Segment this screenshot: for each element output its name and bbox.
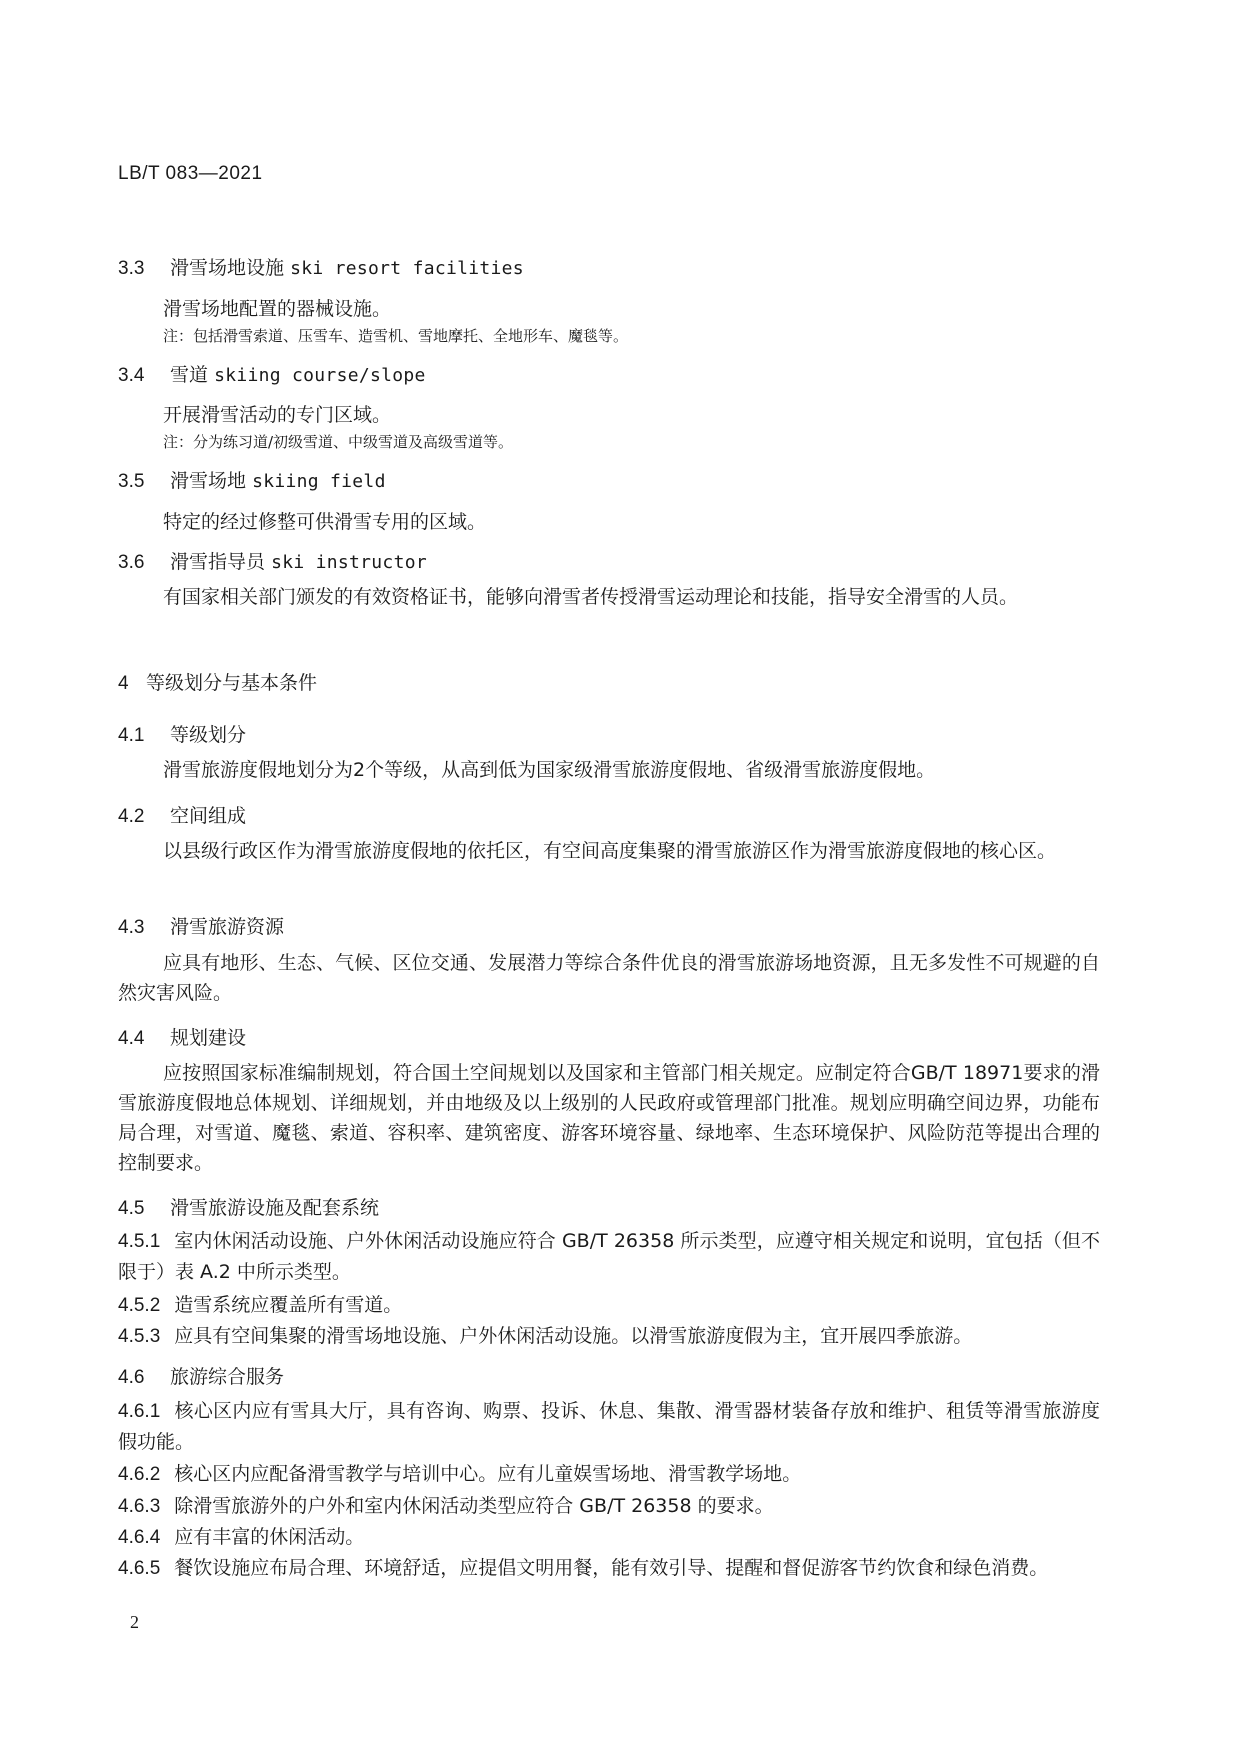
term-en: ski resort facilities: [290, 258, 524, 279]
clause-number: 4.3: [118, 917, 170, 939]
subclause-number: 4.6.4: [118, 1527, 160, 1548]
subclause-number: 4.5.1: [118, 1231, 160, 1252]
term-definition: 有国家相关部门颁发的有效资格证书，能够向滑雪者传授滑雪运动理论和技能，指导安全滑…: [118, 582, 1100, 612]
clause-text: 应具有地形、生态、气候、区位交通、发展潜力等综合条件优良的滑雪旅游场地资源，且无…: [118, 948, 1100, 1008]
subclause-text: 核心区内应配备滑雪教学与培训中心。应有儿童娱雪场地、滑雪教学场地。: [174, 1463, 801, 1485]
standard-code-header: LB/T 083—2021: [118, 163, 263, 185]
clause-heading-4-6: 4.6旅游综合服务: [118, 1362, 284, 1389]
subclause-4-5-3: 4.5.3应具有空间集聚的滑雪场地设施、户外休闲活动设施。以滑雪旅游度假为主，宜…: [118, 1321, 1100, 1352]
term-number: 3.6: [118, 552, 170, 574]
clause-number: 4.5: [118, 1198, 170, 1220]
term-zh: 雪道: [170, 364, 208, 386]
term-definition: 开展滑雪活动的专门区域。: [163, 400, 391, 427]
term-zh: 滑雪场地设施: [170, 257, 284, 279]
subclause-text: 除滑雪旅游外的户外和室内休闲活动类型应符合 GB/T 26358 的要求。: [174, 1495, 773, 1517]
subclause-number: 4.6.1: [118, 1401, 160, 1422]
subclause-text: 造雪系统应覆盖所有雪道。: [174, 1294, 402, 1316]
clause-number: 4.4: [118, 1028, 170, 1050]
term-zh: 滑雪指导员: [170, 551, 265, 573]
clause-title: 滑雪旅游资源: [170, 916, 284, 938]
term-heading-3-3: 3.3滑雪场地设施 ski resort facilities: [118, 253, 524, 280]
subclause-text: 应有丰富的休闲活动。: [174, 1526, 364, 1548]
subclause-4-6-5: 4.6.5餐饮设施应布局合理、环境舒适，应提倡文明用餐，能有效引导、提醒和督促游…: [118, 1553, 1100, 1584]
subclause-number: 4.6.2: [118, 1464, 160, 1485]
clause-title: 空间组成: [170, 805, 246, 827]
subclause-4-6-2: 4.6.2核心区内应配备滑雪教学与培训中心。应有儿童娱雪场地、滑雪教学场地。: [118, 1459, 1100, 1490]
subclause-4-6-1: 4.6.1核心区内应有雪具大厅，具有咨询、购票、投诉、休息、集散、滑雪器材装备存…: [118, 1396, 1100, 1457]
clause-number: 4.2: [118, 806, 170, 828]
term-definition: 特定的经过修整可供滑雪专用的区域。: [163, 507, 486, 534]
clause-heading-4-4: 4.4规划建设: [118, 1023, 246, 1050]
term-definition: 滑雪场地配置的器械设施。: [163, 294, 391, 321]
subclause-number: 4.6.3: [118, 1496, 160, 1517]
clause-heading-4-2: 4.2空间组成: [118, 801, 246, 828]
subclause-4-6-3: 4.6.3除滑雪旅游外的户外和室内休闲活动类型应符合 GB/T 26358 的要…: [118, 1491, 1100, 1522]
term-number: 3.3: [118, 258, 170, 280]
subclause-number: 4.6.5: [118, 1558, 160, 1579]
term-en: ski instructor: [271, 552, 427, 573]
subclause-text: 核心区内应有雪具大厅，具有咨询、购票、投诉、休息、集散、滑雪器材装备存放和维护、…: [118, 1400, 1100, 1453]
subclause-text: 应具有空间集聚的滑雪场地设施、户外休闲活动设施。以滑雪旅游度假为主，宜开展四季旅…: [174, 1325, 972, 1347]
clause-number: 4.6: [118, 1367, 170, 1389]
chapter-heading: 4等级划分与基本条件: [118, 668, 317, 695]
term-en: skiing field: [252, 471, 386, 492]
subclause-4-5-2: 4.5.2造雪系统应覆盖所有雪道。: [118, 1290, 1100, 1321]
clause-title: 旅游综合服务: [170, 1366, 284, 1388]
term-heading-3-6: 3.6滑雪指导员 ski instructor: [118, 547, 427, 574]
term-heading-3-4: 3.4雪道 skiing course/slope: [118, 360, 426, 387]
clause-title: 滑雪旅游设施及配套系统: [170, 1197, 379, 1219]
clause-number: 4.1: [118, 725, 170, 747]
term-number: 3.5: [118, 471, 170, 493]
chapter-title: 等级划分与基本条件: [146, 672, 317, 694]
term-note: 注：包括滑雪索道、压雪车、造雪机、雪地摩托、全地形车、魔毯等。: [163, 325, 628, 346]
clause-heading-4-3: 4.3滑雪旅游资源: [118, 912, 284, 939]
clause-heading-4-1: 4.1等级划分: [118, 720, 246, 747]
clause-title: 等级划分: [170, 724, 246, 746]
clause-heading-4-5: 4.5滑雪旅游设施及配套系统: [118, 1193, 379, 1220]
term-number: 3.4: [118, 365, 170, 387]
term-en: skiing course/slope: [214, 365, 426, 386]
subclause-number: 4.5.2: [118, 1295, 160, 1316]
term-note: 注：分为练习道/初级雪道、中级雪道及高级雪道等。: [163, 431, 513, 452]
subclause-number: 4.5.3: [118, 1326, 160, 1347]
term-zh: 滑雪场地: [170, 470, 246, 492]
clause-text: 滑雪旅游度假地划分为2个等级，从高到低为国家级滑雪旅游度假地、省级滑雪旅游度假地…: [118, 755, 1100, 785]
subclause-4-5-1: 4.5.1室内休闲活动设施、户外休闲活动设施应符合 GB/T 26358 所示类…: [118, 1226, 1100, 1287]
page-number: 2: [130, 1612, 139, 1633]
clause-text: 以县级行政区作为滑雪旅游度假地的依托区，有空间高度集聚的滑雪旅游区作为滑雪旅游度…: [118, 836, 1100, 866]
clause-text: 应按照国家标准编制规划，符合国土空间规划以及国家和主管部门相关规定。应制定符合G…: [118, 1058, 1100, 1178]
subclause-text: 餐饮设施应布局合理、环境舒适，应提倡文明用餐，能有效引导、提醒和督促游客节约饮食…: [174, 1557, 1048, 1579]
clause-title: 规划建设: [170, 1027, 246, 1049]
term-heading-3-5: 3.5滑雪场地 skiing field: [118, 466, 386, 493]
chapter-number: 4: [118, 673, 146, 695]
subclause-text: 室内休闲活动设施、户外休闲活动设施应符合 GB/T 26358 所示类型，应遵守…: [118, 1230, 1100, 1283]
subclause-4-6-4: 4.6.4应有丰富的休闲活动。: [118, 1522, 1100, 1553]
